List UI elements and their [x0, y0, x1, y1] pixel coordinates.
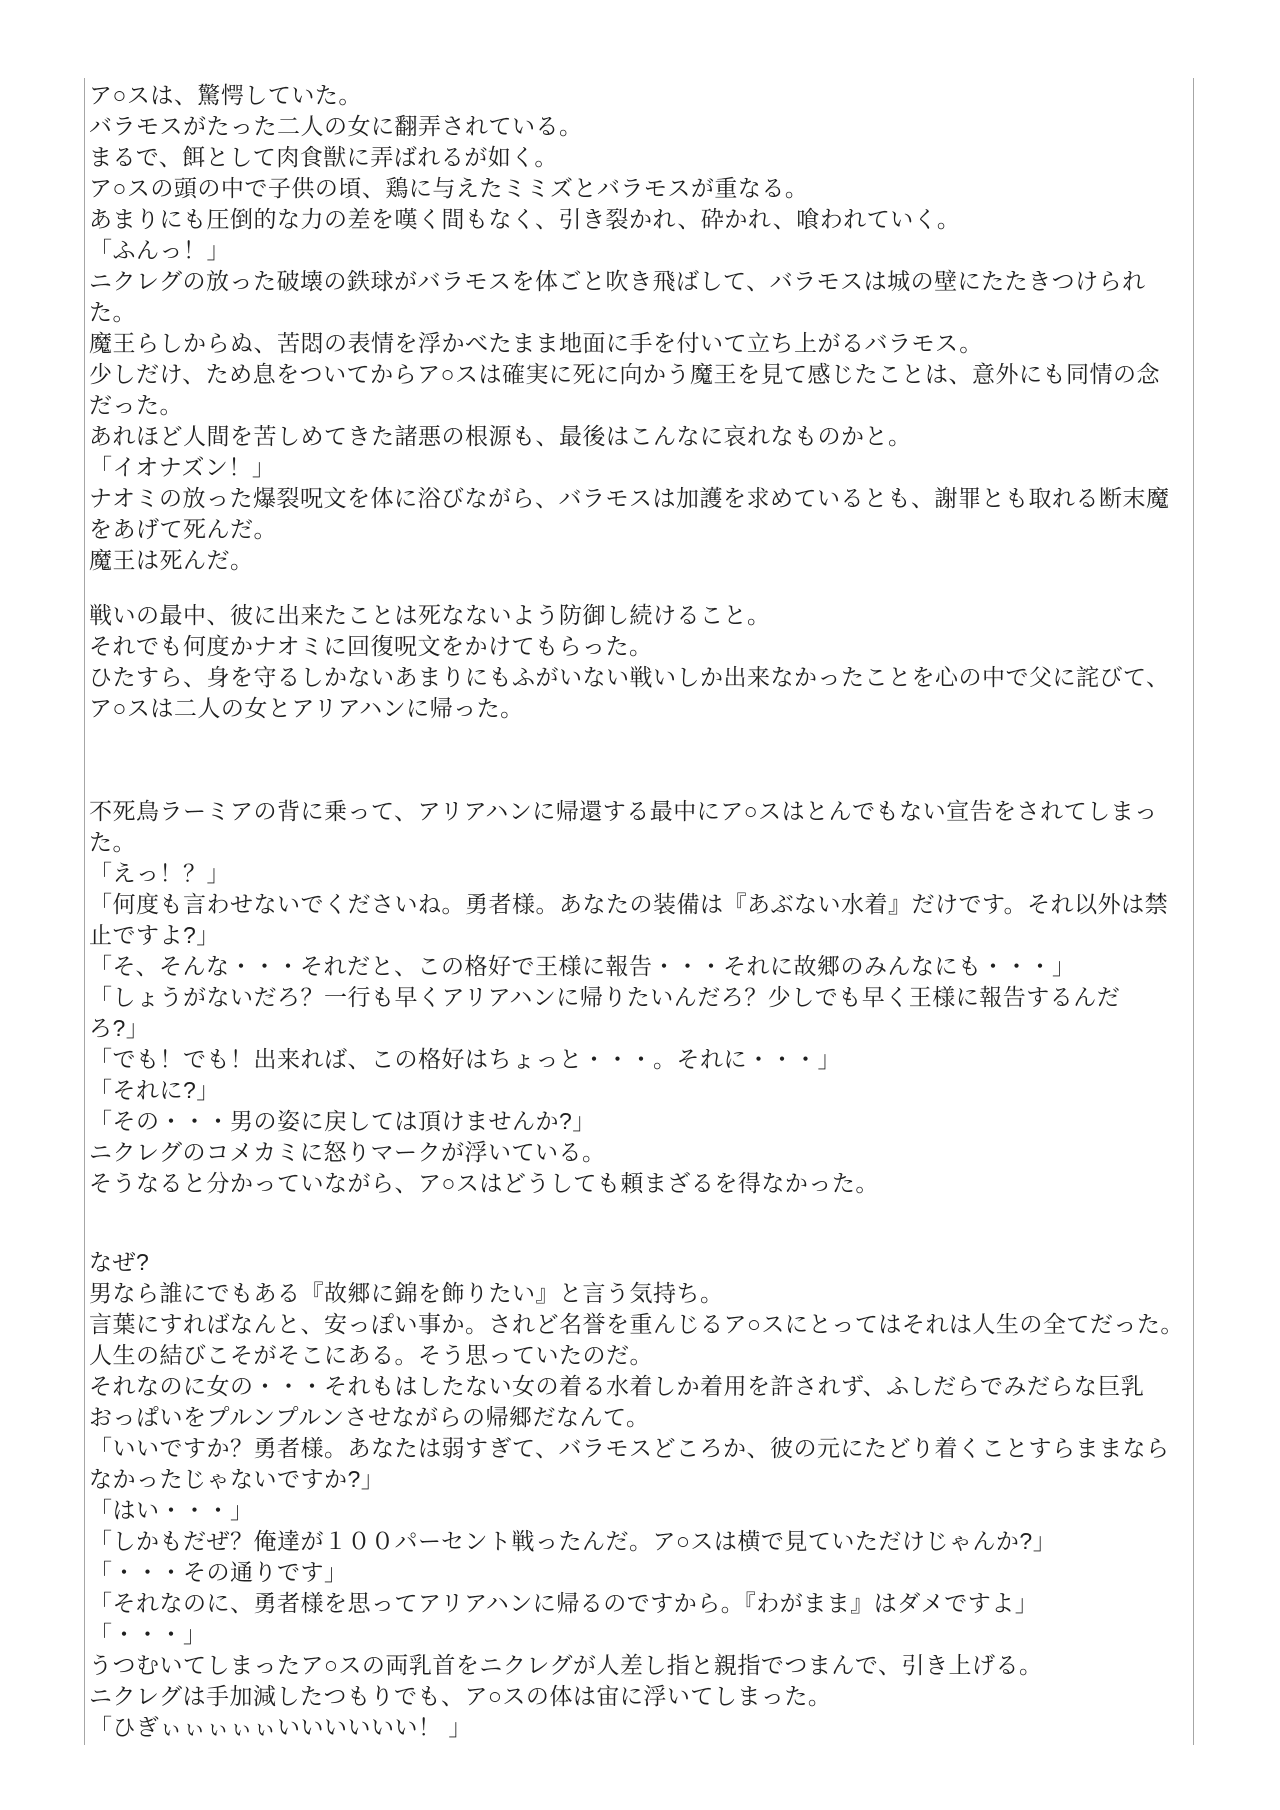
text-line: それでも何度かナオミに回復呪文をかけてもらった。: [89, 631, 1189, 662]
story-text-block: ア○スは、驚愕していた。バラモスがたった二人の女に翻弄されている。まるで、餌とし…: [84, 78, 1194, 1745]
text-line: バラモスがたった二人の女に翻弄されている。: [89, 111, 1189, 142]
text-line: それなのに女の・・・それもはしたない女の着る水着しか着用を許されず、ふしだらでみ…: [89, 1371, 1189, 1402]
text-line: 男なら誰にでもある『故郷に錦を飾りたい』と言う気持ち。: [89, 1278, 1189, 1309]
text-line: 戦いの最中、彼に出来たことは死なないよう防御し続けること。: [89, 600, 1189, 631]
text-line: 人生の結びこそがそこにある。そう思っていたのだ。: [89, 1340, 1189, 1371]
text-line: 「しょうがないだろ？一行も早くアリアハンに帰りたいんだろ？少しでも早く王様に報告…: [89, 982, 1189, 1013]
blank-line: [89, 772, 1189, 796]
text-line: そうなると分かっていながら、ア○スはどうしても頼まざるを得なかった。: [89, 1168, 1189, 1199]
text-line: なぜ?: [89, 1247, 1189, 1278]
text-line: おっぱいをプルンプルンさせながらの帰郷だなんて。: [89, 1402, 1189, 1433]
text-line: 「そ、そんな・・・それだと、この格好で王様に報告・・・それに故郷のみんなにも・・…: [89, 951, 1189, 982]
text-line: 「・・・その通りです」: [89, 1557, 1189, 1588]
text-line: た。: [89, 827, 1189, 858]
text-line: 不死鳥ラーミアの背に乗って、アリアハンに帰還する最中にア○スはとんでもない宣告を…: [89, 796, 1189, 827]
text-line: 「はい・・・」: [89, 1495, 1189, 1526]
text-line: 「しかもだぜ？俺達が１００パーセント戦ったんだ。ア○スは横で見ていただけじゃんか…: [89, 1526, 1189, 1557]
text-line: 「何度も言わせないでくださいね。勇者様。あなたの装備は『あぶない水着』だけです。…: [89, 889, 1189, 920]
text-line: 「ひぎぃぃぃぃぃいいいいいい！ 」: [89, 1712, 1189, 1743]
text-line: 止ですよ?」: [89, 920, 1189, 951]
text-line: 「いいですか？勇者様。あなたは弱すぎて、バラモスどころか、彼の元にたどり着くこと…: [89, 1433, 1189, 1464]
text-line: ニクレグは手加減したつもりでも、ア○スの体は宙に浮いてしまった。: [89, 1681, 1189, 1712]
text-line: あれほど人間を苦しめてきた諸悪の根源も、最後はこんなに哀れなものかと。: [89, 421, 1189, 452]
text-line: 魔王らしからぬ、苦悶の表情を浮かべたまま地面に手を付いて立ち上がるバラモス。: [89, 328, 1189, 359]
text-line: た。: [89, 297, 1189, 328]
blank-line: [89, 576, 1189, 600]
text-line: ひたすら、身を守るしかないあまりにもふがいない戦いしか出来なかったことを心の中で…: [89, 662, 1189, 693]
blank-line: [89, 1223, 1189, 1247]
text-line: まるで、餌として肉食獣に弄ばれるが如く。: [89, 142, 1189, 173]
text-line: 「ふんっ！」: [89, 235, 1189, 266]
text-line: をあげて死んだ。: [89, 514, 1189, 545]
text-line: ニクレグの放った破壊の鉄球がバラモスを体ごと吹き飛ばして、バラモスは城の壁にたた…: [89, 266, 1189, 297]
text-line: 「それなのに、勇者様を思ってアリアハンに帰るのですから。『わがまま』はダメですよ…: [89, 1588, 1189, 1619]
text-line: うつむいてしまったア○スの両乳首をニクレグが人差し指と親指でつまんで、引き上げる…: [89, 1650, 1189, 1681]
text-line: 「イオナズン！」: [89, 452, 1189, 483]
text-line: 「その・・・男の姿に戻しては頂けませんか?」: [89, 1106, 1189, 1137]
text-line: ア○スは二人の女とアリアハンに帰った。: [89, 693, 1189, 724]
text-line: 魔王は死んだ。: [89, 545, 1189, 576]
text-line: ア○スは、驚愕していた。: [89, 80, 1189, 111]
text-line: 「でも！でも！出来れば、この格好はちょっと・・・。それに・・・」: [89, 1044, 1189, 1075]
text-line: 言葉にすればなんと、安っぽい事か。されど名誉を重んじるア○スにとってはそれは人生…: [89, 1309, 1189, 1340]
text-line: 「・・・」: [89, 1619, 1189, 1650]
text-line: あまりにも圧倒的な力の差を嘆く間もなく、引き裂かれ、砕かれ、喰われていく。: [89, 204, 1189, 235]
blank-line: [89, 748, 1189, 772]
page-background: { "page": { "background_color": "#ffffff…: [0, 0, 1280, 1810]
blank-line: [89, 724, 1189, 748]
text-line: 少しだけ、ため息をついてからア○スは確実に死に向かう魔王を見て感じたことは、意外…: [89, 359, 1189, 390]
text-line: ろ?」: [89, 1013, 1189, 1044]
text-line: 「それに?」: [89, 1075, 1189, 1106]
text-line: ニクレグのコメカミに怒りマークが浮いている。: [89, 1137, 1189, 1168]
text-line: だった。: [89, 390, 1189, 421]
text-line: ア○スの頭の中で子供の頃、鶏に与えたミミズとバラモスが重なる。: [89, 173, 1189, 204]
text-line: 「えっ！？」: [89, 858, 1189, 889]
text-line: ナオミの放った爆裂呪文を体に浴びながら、バラモスは加護を求めているとも、謝罪とも…: [89, 483, 1189, 514]
text-line: なかったじゃないですか?」: [89, 1464, 1189, 1495]
blank-line: [89, 1199, 1189, 1223]
